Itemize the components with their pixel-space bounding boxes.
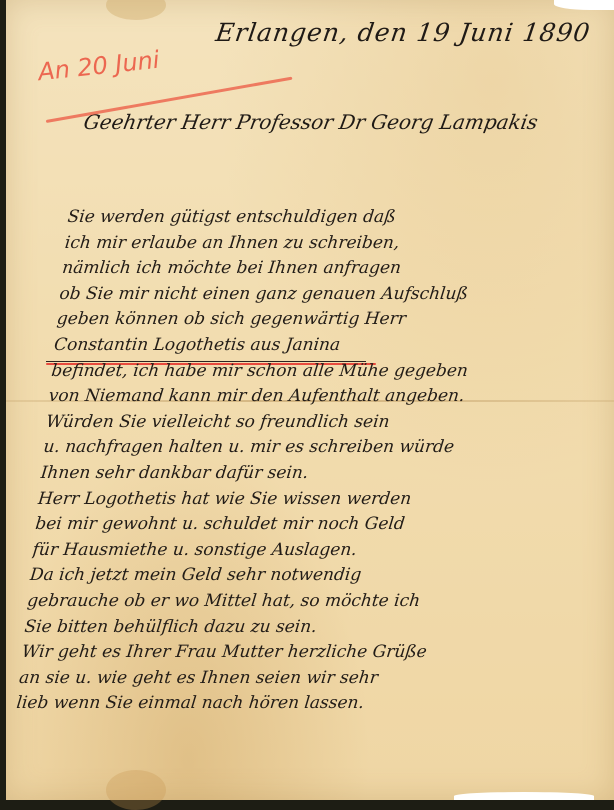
torn-edge	[554, 0, 614, 10]
body-line: für Hausmiethe u. sonstige Auslagen.	[31, 538, 594, 564]
body-line: Constantin Logothetis aus Janina	[53, 333, 614, 359]
body-line: Sie werden gütigst entschuldigen daß	[66, 205, 614, 231]
body-line: Herr Logothetis hat wie Sie wissen werde…	[37, 487, 600, 513]
body-line: lieb wenn Sie einmal nach hören lassen.	[15, 691, 578, 717]
letter-body: Sie werden gütigst entschuldigen daß ich…	[15, 205, 614, 717]
red-pencil-annotation: An 20 Juni	[37, 46, 161, 87]
body-line: gebrauche ob er wo Mittel hat, so möchte…	[26, 589, 589, 615]
body-line: Wir geht es Ihrer Frau Mutter herzliche …	[20, 640, 583, 666]
body-line: von Niemand kann mir den Aufenthalt ange…	[47, 384, 610, 410]
body-line: Sie bitten behülflich dazu zu sein.	[23, 615, 586, 641]
water-stain	[106, 770, 166, 800]
body-line: Da ich jetzt mein Geld sehr notwendig	[29, 563, 592, 589]
letter-page: Erlangen, den 19 Juni 1890 An 20 Juni Ge…	[6, 0, 614, 800]
body-line: an sie u. wie geht es Ihnen seien wir se…	[18, 666, 581, 692]
place-date-heading: Erlangen, den 19 Juni 1890	[214, 18, 592, 47]
body-line: u. nachfragen halten u. mir es schreiben…	[42, 435, 605, 461]
body-line: Ihnen sehr dankbar dafür sein.	[39, 461, 602, 487]
water-stain	[106, 0, 166, 20]
body-line: ob Sie mir nicht einen ganz genauen Aufs…	[58, 282, 614, 308]
body-line: nämlich ich möchte bei Ihnen anfragen	[61, 256, 614, 282]
body-line: bei mir gewohnt u. schuldet mir noch Gel…	[34, 512, 597, 538]
body-line: geben können ob sich gegenwärtig Herr	[55, 307, 614, 333]
body-line: ich mir erlaube an Ihnen zu schreiben,	[64, 231, 614, 257]
body-line: Würden Sie vielleicht so freundlich sein	[45, 410, 608, 436]
salutation: Geehrter Herr Professor Dr Georg Lampaki…	[82, 110, 540, 134]
body-line: befindet, ich habe mir schon alle Mühe g…	[50, 359, 613, 385]
torn-edge	[454, 792, 594, 800]
